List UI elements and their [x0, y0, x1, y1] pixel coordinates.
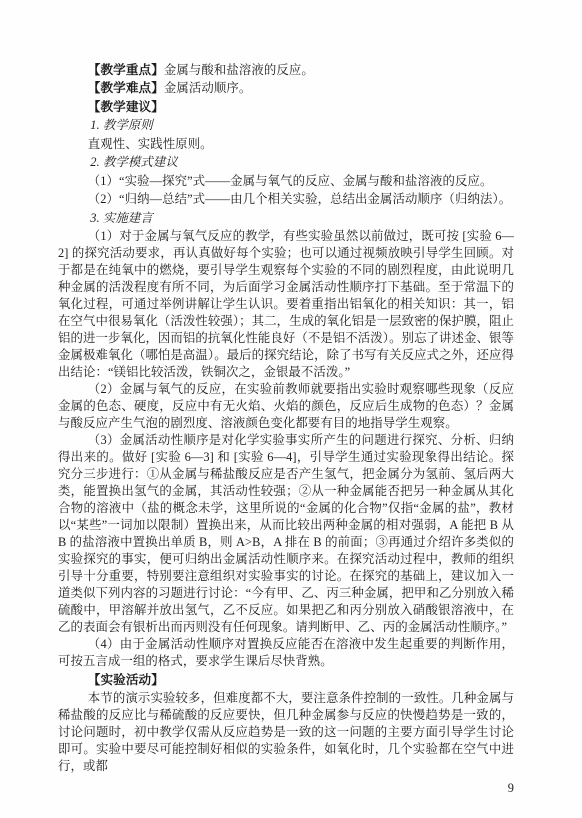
teaching-suggestions-label: 【教学建议】: [88, 100, 164, 114]
item-teaching-principles: 1. 教学原则: [58, 117, 514, 134]
paragraph-experiment-activity: 本节的演示实验较多，但难度都不大，要注意条件控制的一致性。几种金属与稀盐酸的反应…: [58, 690, 514, 775]
paragraph-model-experiment-inquiry: （1）“实验—探究”式——金属与氧气的反应、金属与酸和盐溶液的反应。: [58, 173, 514, 190]
document-page: 【教学重点】金属与酸和盐溶液的反应。 【教学难点】金属活动顺序。 【教学建议】 …: [0, 0, 582, 818]
paragraph-implementation-1: （1）对于金属与氧气反应的教学，有些实验虽然以前做过，既可按 [实验 6—2] …: [58, 228, 514, 381]
paragraph-implementation-4: （4）由于金属活动性顺序对置换反应能否在溶液中发生起重要的判断作用，可按五言成一…: [58, 636, 514, 670]
experiment-activity-label: 【实验活动】: [88, 673, 164, 687]
teaching-difficulty-label: 【教学难点】: [88, 81, 164, 95]
teaching-difficulty-heading: 【教学难点】金属活动顺序。: [58, 80, 514, 97]
teaching-focus-label: 【教学重点】: [88, 63, 164, 77]
teaching-focus-heading: 【教学重点】金属与酸和盐溶液的反应。: [58, 62, 514, 79]
page-number: 9: [58, 780, 514, 797]
paragraph-implementation-2: （2）金属与氧气的反应，在实验前教师就要指出实验时观察哪些现象（反应金属的色态、…: [58, 381, 514, 432]
teaching-difficulty-text: 金属活动顺序。: [164, 81, 251, 95]
paragraph-implementation-3: （3）金属活动性顺序是对化学实验事实所产生的问题进行探究、分析、归纳得出来的。做…: [58, 432, 514, 636]
teaching-suggestions-heading: 【教学建议】: [58, 99, 514, 116]
experiment-activity-heading: 【实验活动】: [58, 672, 514, 689]
paragraph-principles: 直观性、实践性原则。: [58, 136, 514, 153]
item-teaching-model: 2. 教学模式建议: [58, 154, 514, 171]
teaching-focus-text: 金属与酸和盐溶液的反应。: [164, 63, 314, 77]
item-implementation-advice: 3. 实施建言: [58, 210, 514, 227]
paragraph-model-induction-summary: （2）“归纳—总结”式——由几个相关实验，总结出金属活动顺序（归纳法）。: [58, 191, 514, 208]
